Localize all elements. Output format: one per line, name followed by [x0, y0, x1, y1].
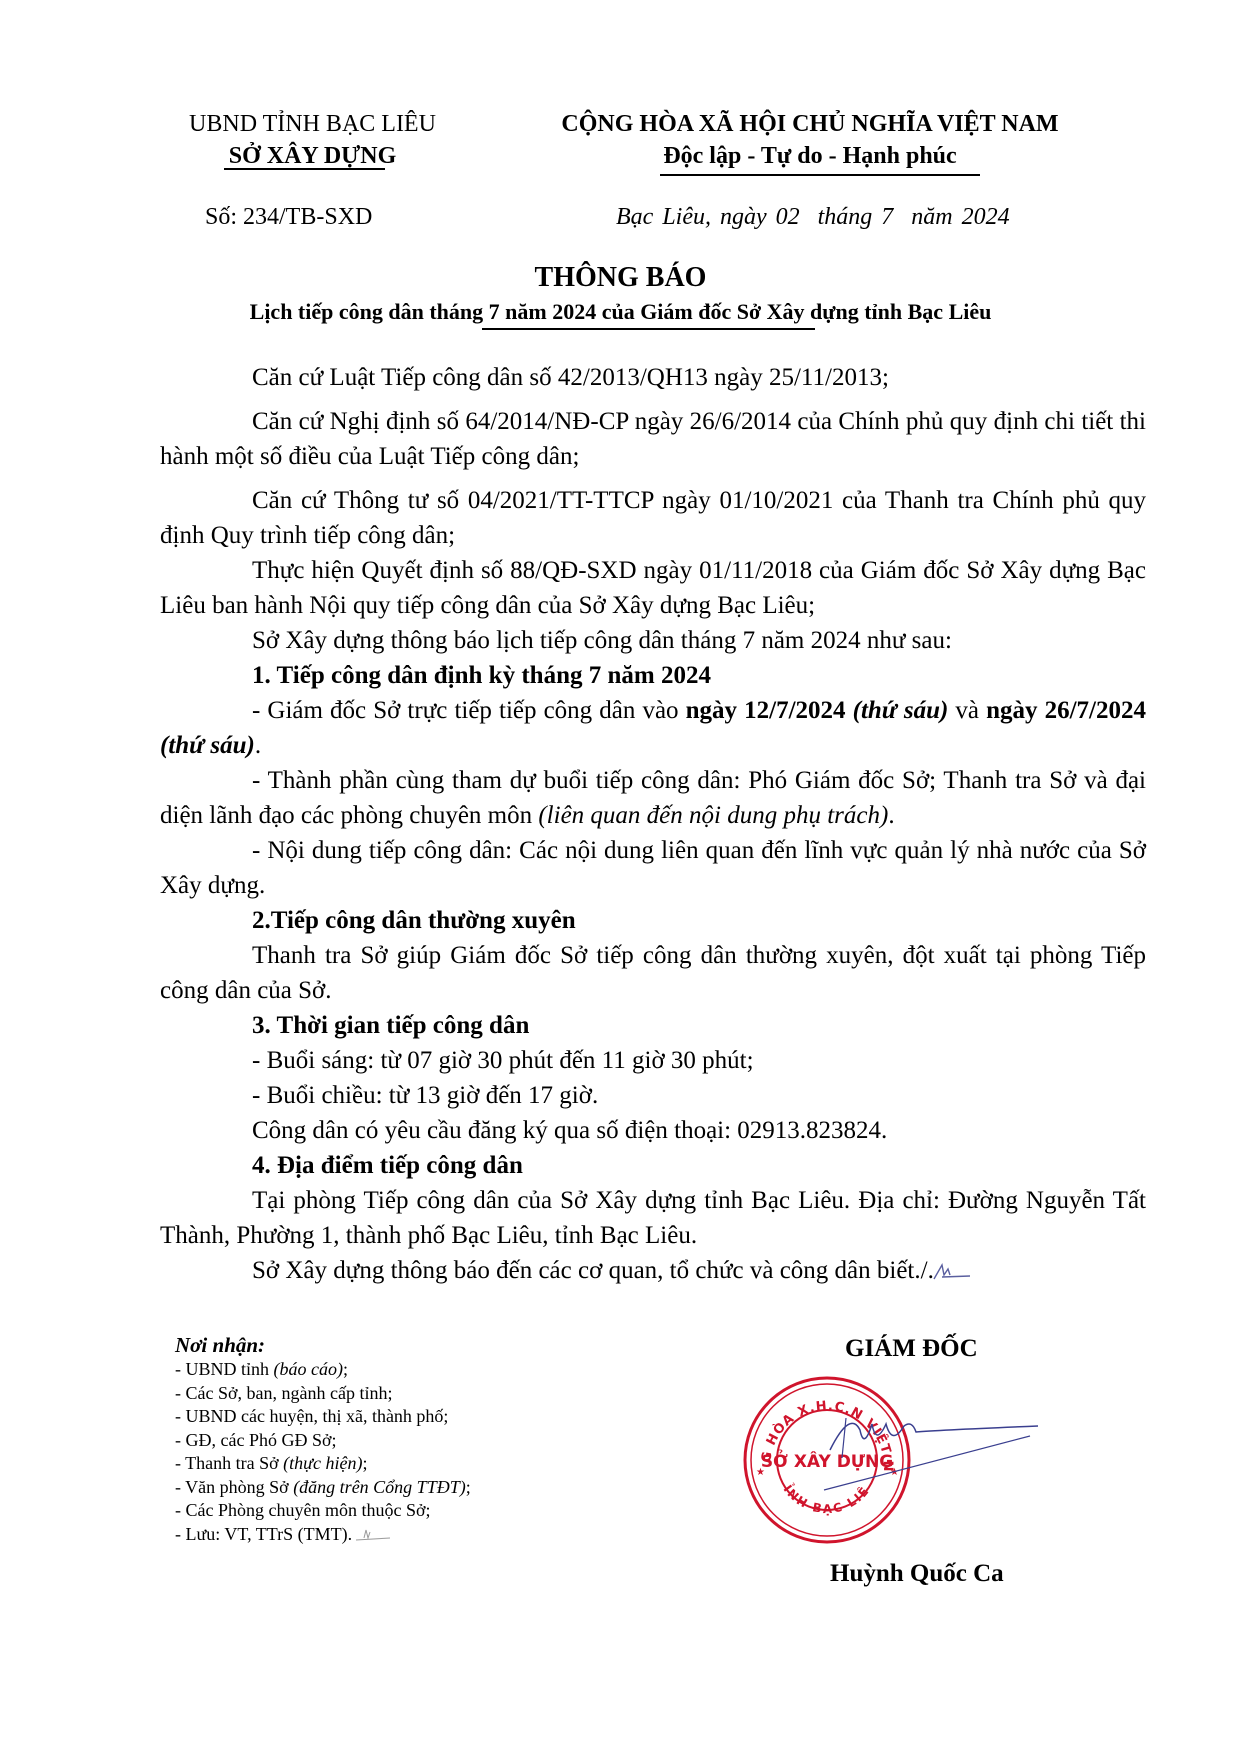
national-title-block: CỘNG HÒA XÃ HỘI CHỦ NGHĨA VIỆT NAM Độc l… [530, 108, 1090, 172]
recipient-item: - UBND tỉnh (báo cáo); [175, 1358, 471, 1382]
conjunction: và [948, 697, 986, 724]
section-3-heading: 3. Thời gian tiếp công dân [160, 1008, 1146, 1043]
director-schedule-text: - Giám đốc Sở trực tiếp tiếp công dân và… [252, 697, 686, 724]
initials-mark-icon [354, 1526, 394, 1544]
section-1-director-schedule: - Giám đốc Sở trực tiếp tiếp công dân và… [160, 693, 1146, 763]
recipients-label: Nơi nhận: [175, 1332, 471, 1358]
registration-phone: Công dân có yêu cầu đăng ký qua số điện … [160, 1113, 1146, 1148]
recipient-item: - GĐ, các Phó GĐ Sở; [175, 1429, 471, 1453]
section-2-heading: 2.Tiếp công dân thường xuyên [160, 903, 1146, 938]
reception-date-1: ngày 12/7/2024 [686, 697, 846, 724]
motto-underline [660, 174, 980, 176]
signer-name: Huỳnh Quốc Ca [830, 1560, 1004, 1588]
section-2-text: Thanh tra Sở giúp Giám đốc Sở tiếp công … [160, 938, 1146, 1008]
place-and-date: Bạc Liêu, ngày 02 tháng 7 năm 2024 [616, 204, 1010, 231]
basis-decree: Căn cứ Nghị định số 64/2014/NĐ-CP ngày 2… [160, 404, 1146, 474]
reception-date-2-weekday: (thứ sáu) [160, 732, 255, 759]
nation-name: CỘNG HÒA XÃ HỘI CHỦ NGHĨA VIỆT NAM [530, 108, 1090, 140]
document-body: Căn cứ Luật Tiếp công dân số 42/2013/QH1… [160, 360, 1146, 1288]
intro-paragraph: Sở Xây dựng thông báo lịch tiếp công dân… [160, 623, 1146, 658]
subtitle-underline [482, 328, 815, 330]
section-4-address: Tại phòng Tiếp công dân của Sở Xây dựng … [160, 1183, 1146, 1253]
period: . [255, 732, 261, 759]
recipient-item: - Thanh tra Sở (thực hiện); [175, 1452, 471, 1476]
section-1-content: - Nội dung tiếp công dân: Các nội dung l… [160, 833, 1146, 903]
basis-circular: Căn cứ Thông tư số 04/2021/TT-TTCP ngày … [160, 483, 1146, 553]
reception-date-2: ngày 26/7/2024 [986, 697, 1146, 724]
initials-mark-icon [928, 1261, 972, 1283]
reception-date-1-weekday: (thứ sáu) [853, 697, 949, 724]
national-motto: Độc lập - Tự do - Hạnh phúc [530, 140, 1090, 172]
closing-text: Sở Xây dựng thông báo đến các cơ quan, t… [252, 1257, 934, 1284]
svg-text:★: ★ [756, 1467, 765, 1478]
recipient-item: - Văn phòng Sở (đăng trên Cổng TTĐT); [175, 1476, 471, 1500]
morning-hours: - Buổi sáng: từ 07 giờ 30 phút đến 11 gi… [160, 1043, 1146, 1078]
agency-parent: UBND TỈNH BẠC LIÊU [150, 108, 475, 140]
agency-underline [224, 168, 385, 170]
recipient-item: - Lưu: VT, TTrS (TMT). [175, 1523, 471, 1547]
basis-decision: Thực hiện Quyết định số 88/QĐ-SXD ngày 0… [160, 553, 1146, 623]
participants-note: (liên quan đến nội dung phụ trách) [538, 802, 888, 829]
document-subtitle: Lịch tiếp công dân tháng 7 năm 2024 của … [0, 299, 1241, 325]
section-1-participants: - Thành phần cùng tham dự buổi tiếp công… [160, 763, 1146, 833]
document-number: Số: 234/TB-SXD [205, 204, 372, 231]
signer-title: GIÁM ĐỐC [845, 1335, 978, 1363]
recipient-item: - UBND các huyện, thị xã, thành phố; [175, 1405, 471, 1429]
afternoon-hours: - Buổi chiều: từ 13 giờ đến 17 giờ. [160, 1078, 1146, 1113]
issuing-agency-block: UBND TỈNH BẠC LIÊU SỞ XÂY DỰNG [150, 108, 475, 172]
recipient-item: - Các Phòng chuyên môn thuộc Sở; [175, 1499, 471, 1523]
handwritten-signature-icon [820, 1390, 1040, 1500]
section-4-heading: 4. Địa điểm tiếp công dân [160, 1148, 1146, 1183]
closing-paragraph: Sở Xây dựng thông báo đến các cơ quan, t… [160, 1253, 1146, 1288]
basis-law: Căn cứ Luật Tiếp công dân số 42/2013/QH1… [160, 360, 1146, 395]
recipient-item: - Các Sở, ban, ngành cấp tỉnh; [175, 1382, 471, 1406]
section-1-heading: 1. Tiếp công dân định kỳ tháng 7 năm 202… [160, 658, 1146, 693]
document-title: THÔNG BÁO [0, 262, 1241, 294]
recipients-block: Nơi nhận: - UBND tỉnh (báo cáo); - Các S… [175, 1332, 471, 1546]
